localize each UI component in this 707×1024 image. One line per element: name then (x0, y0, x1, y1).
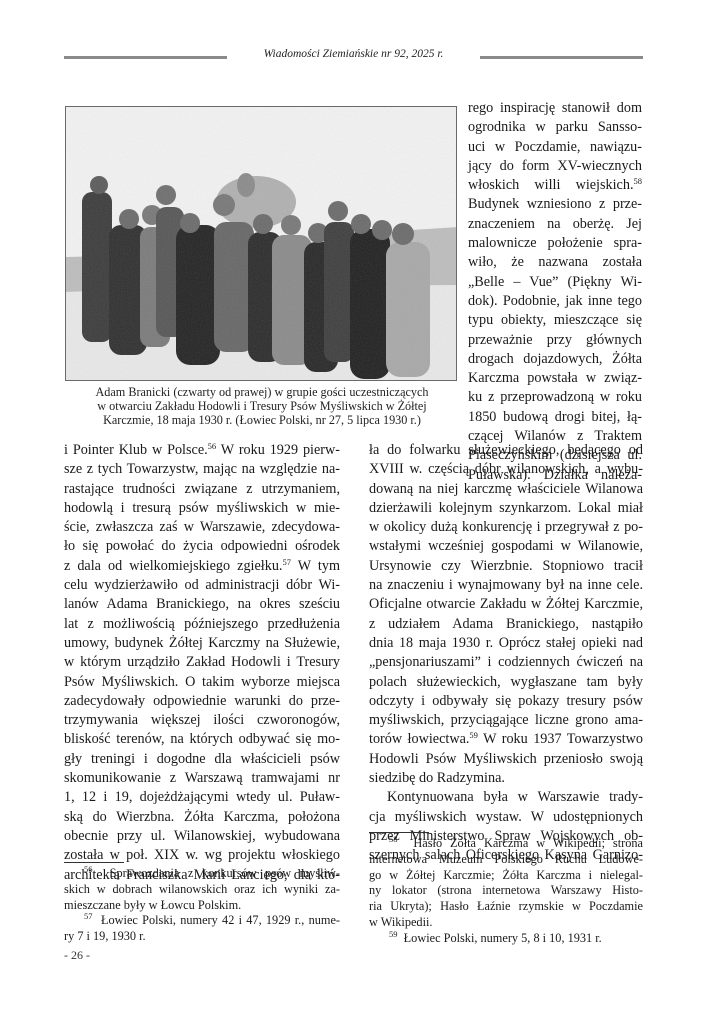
right-column-bottom: ła do folwarku służewieckiego, będącego … (369, 441, 643, 866)
text-line: wstałymi wcześniej gospodami w Wilanowie… (369, 537, 643, 556)
footnote-line: mieszczane były w Łowcu Polskim. (64, 898, 340, 914)
photo-illustration (66, 107, 457, 381)
text-line: cja myśliwskich wystaw. W udostępnionych (369, 808, 643, 827)
footnote-58: 58 Hasło Żółta Karczma w Wikipedii; stro… (369, 836, 643, 852)
footnote-ref-56[interactable]: 56 (208, 441, 217, 451)
text-line: Ursynowie czy Wierzbnie. Stopniowo traci… (369, 557, 643, 576)
header-rule-right (480, 56, 643, 59)
text-line: 1, 12 i 19, dojeżdżającymi wtedy ul. Puł… (64, 788, 340, 807)
text-line: ską do Wierzbna. Żółta Karczma, położona (64, 808, 340, 827)
page-number: - 26 - (64, 948, 90, 963)
text-line: z dala od wielkomiejskiego zgiełku.57 W … (64, 557, 340, 576)
text-line: rego inspirację stanowił dom (468, 99, 642, 118)
footnote-line: ny lokator (strona internetowa Warszawy … (369, 883, 643, 899)
caption-line: Adam Branicki (czwarty od prawej) w grup… (62, 385, 462, 399)
figure-caption: Adam Branicki (czwarty od prawej) w grup… (62, 385, 462, 427)
text-line: ście, zwłaszcza zaś w Warszawie, zdecydo… (64, 518, 340, 537)
text-line: Psów Myśliwskich. O takim wyborze miejsc… (64, 673, 340, 692)
text-line: typu obiekty, mieszczące się (468, 311, 642, 330)
text-line: torów łowiectwa.59 W roku 1937 Towarzyst… (369, 730, 643, 749)
text-line: z udziałem Adama Branickiego, nastąpiło (369, 615, 643, 634)
text-line: w okolicy dużą konkurencję i przegrywał … (369, 518, 643, 537)
text-line: włoskich willi wiejskich.58 (468, 176, 642, 195)
text-line: umowy, budynek Żółtej Karczmy na Służewi… (64, 634, 340, 653)
caption-line: Karczmie, 18 maja 1930 r. (Łowiec Polski… (62, 413, 462, 427)
footnote-57: 57 Łowiec Polski, numery 42 i 47, 1929 r… (64, 913, 340, 929)
text-line: zadecydowały odpowiednie warunki do prze… (64, 692, 340, 711)
footnote-line: ria Ukryta); Hasło Łaźnie rzymskie w Poc… (369, 899, 643, 915)
text-line: ku z przeprowadzoną w roku (468, 388, 642, 407)
text-line: znaczeniem na oberżę. Jej (468, 215, 642, 234)
text-line: w którym urządziło Zakład Hodowli i Tres… (64, 653, 340, 672)
text-line: uci w Poczdamie, nawiązu- (468, 138, 642, 157)
footnote-ref-58[interactable]: 58 (634, 176, 643, 186)
text-line: „Belle – Vue” (Piękny Wi- (468, 273, 642, 292)
footnote-rule-right (369, 832, 429, 833)
text-line: dnia 18 maja 1930 r. Oprócz stałej opiek… (369, 634, 643, 653)
text-line: wiło, że nazwana została (468, 253, 642, 272)
text-line: ogrodnika w parku Sansso- (468, 118, 642, 137)
text-line: malownicze położenie spra- (468, 234, 642, 253)
text-line: hodowlą i tresurą psów myśliwskich w mie… (64, 499, 340, 518)
text-line: przeważnie przy głównych (468, 331, 642, 350)
text-line: drogach dojazdowych, Żółta (468, 350, 642, 369)
text-line: gły treningi i dogodne dla właścicieli p… (64, 750, 340, 769)
text-line: ła do folwarku służewieckiego, będącego … (369, 441, 643, 460)
text-line: obecnie przy ul. Wilanowskiej, wybudowan… (64, 827, 340, 846)
footnote-59: 59 Łowiec Polski, numery 5, 8 i 10, 1931… (369, 931, 643, 947)
text-line: Hodowli Psów Myśliwskich przeniosło swoj… (369, 750, 643, 769)
text-line: odczyty i odbywały się pokazy tresury ps… (369, 692, 643, 711)
footnote-line: internetowa Muzeum Polskiego Ruchu Ludow… (369, 852, 643, 868)
text-line: bliskość terenów, na których odbywać się… (64, 730, 340, 749)
footnote-line: skich w dobrach wilanowskich oraz ich wy… (64, 882, 340, 898)
group-photo (65, 106, 457, 381)
text-line: ło się powołać do życia odpowiedni ośrod… (64, 537, 340, 556)
text-line: rastające trudności związane z utrzymani… (64, 480, 340, 499)
left-column: i Pointer Klub w Polsce.56 W roku 1929 p… (64, 441, 340, 885)
text-line: trzymywania większej ilości czworonogów, (64, 711, 340, 730)
text-line: dzierżawili kolejnym szynkarzom. Lokal m… (369, 499, 643, 518)
text-line: jący do form XV-wiecznych (468, 157, 642, 176)
text-line: dowaną na niej karczmę właściciele Wilan… (369, 480, 643, 499)
text-line: celu wydzierżawiło od administracji dóbr… (64, 576, 340, 595)
footnotes-right: 58 Hasło Żółta Karczma w Wikipedii; stro… (369, 836, 643, 947)
text-line: Kontynuowana była w Warszawie trady- (369, 788, 643, 807)
caption-line: w otwarciu Zakładu Hodowli i Tresury Psó… (62, 399, 462, 413)
text-line: dok). Podobnie, jak inne tego (468, 292, 642, 311)
footnote-line: ry 7 i 19, 1930 r. (64, 929, 340, 945)
footnotes-left: 56 Sprawozdania z konkursów psów myśliw-… (64, 866, 340, 945)
right-column-top: rego inspirację stanowił dom ogrodnika w… (468, 99, 642, 485)
footnote-ref-57[interactable]: 57 (282, 557, 291, 567)
text-line: lanów Adama Branickiego, na okres sześci… (64, 595, 340, 614)
footnote-56: 56 Sprawozdania z konkursów psów myśliw- (64, 866, 340, 882)
text-line: „pensjonariuszami” i codziennych ćwiczeń… (369, 653, 643, 672)
text-line: 1850 budową drogi bitej, łą- (468, 408, 642, 427)
text-line: XVIII w. częścią dóbr wilanowskich, a wy… (369, 460, 643, 479)
text-line: polach służewieckich, wygłaszane tam był… (369, 673, 643, 692)
text-line: na znaczeniu i wynajmowany był na inne c… (369, 576, 643, 595)
footnote-rule-left (64, 862, 124, 863)
text-line: sze z tych Towarzystw, mając na względzi… (64, 460, 340, 479)
text-line: Karczma powstała w związ- (468, 369, 642, 388)
text-line: skomunikowanie z Warszawą tramwajami nr (64, 769, 340, 788)
footnote-ref-59[interactable]: 59 (469, 730, 478, 740)
text-line: siedzibę do Radzymina. (369, 769, 643, 788)
footnote-line: w Wikipedii. (369, 915, 643, 931)
text-line: i Pointer Klub w Polsce.56 W roku 1929 p… (64, 441, 340, 460)
text-line: lat z możliwością późniejszego przedłuże… (64, 615, 340, 634)
text-line: Oficjalne otwarcie Zakładu w Żółtej Karc… (369, 595, 643, 614)
text-line: Budynek wzniesiono z prze- (468, 195, 642, 214)
text-line: myśliwskich, przyciągające liczne grono … (369, 711, 643, 730)
footnote-line: go w Żółtej Karczmie; Żółta Karczma i ni… (369, 868, 643, 884)
